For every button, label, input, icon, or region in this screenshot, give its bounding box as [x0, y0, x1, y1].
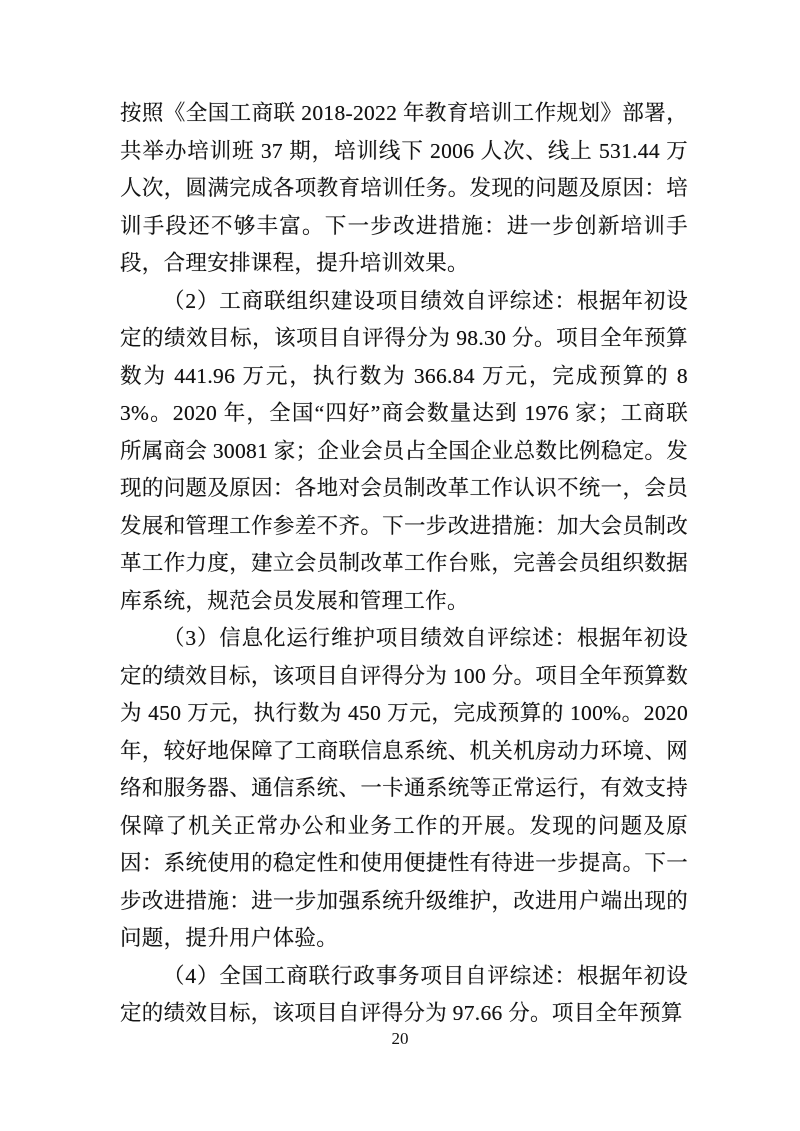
paragraph: （3）信息化运行维护项目绩效自评综述：根据年初设定的绩效目标，该项目自评得分为 … [120, 620, 688, 958]
page-number: 20 [0, 1028, 800, 1050]
document-page: 按照《全国工商联 2018-2022 年教育培训工作规划》部署，共举办培训班 3… [0, 0, 800, 1131]
paragraph: （2）工商联组织建设项目绩效自评综述：根据年初设定的绩效目标，该项目自评得分为 … [120, 283, 688, 621]
paragraph: （4）全国工商联行政事务项目自评综述：根据年初设定的绩效目标，该项目自评得分为 … [120, 958, 688, 1033]
paragraph: 按照《全国工商联 2018-2022 年教育培训工作规划》部署，共举办培训班 3… [120, 95, 688, 283]
document-content: 按照《全国工商联 2018-2022 年教育培训工作规划》部署，共举办培训班 3… [120, 95, 688, 1033]
